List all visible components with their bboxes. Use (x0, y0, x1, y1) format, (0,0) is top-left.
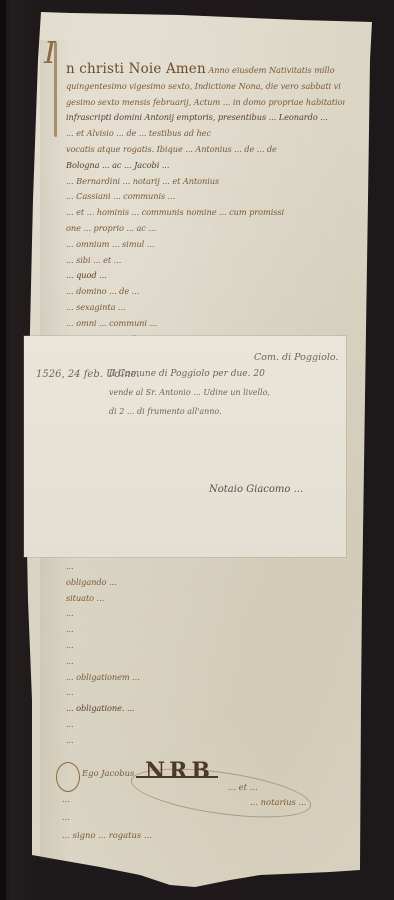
text-line: ... quod ... (66, 269, 344, 285)
ego-flourish-icon (56, 762, 80, 792)
body-text-bottom: ... obligando ... situato ... ... ... ..… (66, 560, 356, 750)
text-line: ... (66, 607, 344, 623)
text-line: infrascripti domini Antonij emptoris, pr… (66, 111, 344, 127)
notarial-sign-monogram: NRB (145, 758, 214, 784)
text-line: ... obligationem ... (66, 671, 344, 687)
incipit: n christi Noie Amen (66, 62, 206, 77)
text-line: ... (66, 655, 344, 671)
body-text-top: n christi Noie Amen Anno eiusdem Nativit… (66, 62, 356, 348)
label-summary-line: Il Comune di Poggiolo per due. 20 (109, 369, 265, 379)
text-line: quingentesimo vigesimo sexto, Indictione… (66, 80, 344, 96)
text-line: Bologna ... ac ... Jacobi ... (66, 159, 344, 175)
text-line: one ... proprio ... ac ... (66, 222, 344, 238)
label-summary-line: vende al Sr. Antonio ... Udine un livell… (109, 388, 270, 397)
decorated-initial: I (44, 36, 56, 71)
scan-edge (0, 0, 6, 900)
text-line: ... et Alvisio ... de ... testibus ad he… (66, 127, 344, 143)
text-line: ... Bernardini ... notarij ... et Antoni… (66, 175, 344, 191)
subscription-line: ... signo ... rogatus ... (62, 830, 152, 840)
text-line: ... (66, 639, 344, 655)
label-summary-line: di 2 ... di frumento all'anno. (109, 407, 222, 416)
incipit-line: n christi Noie Amen Anno eiusdem Nativit… (66, 62, 344, 80)
subscription-line: ... (62, 794, 70, 804)
text-line: obligando ... (66, 576, 344, 592)
text-line: ... (66, 560, 344, 576)
text-line: ... domino ... de ... (66, 285, 344, 301)
label-signature: Notaio Giacomo ... (209, 484, 303, 495)
text-line: ... omni ... communi ... (66, 317, 344, 333)
text-line: ... omnium ... simul ... (66, 238, 344, 254)
label-heading: Com. di Poggiolo. (254, 352, 338, 363)
incipit-continuation: Anno eiusdem Nativitatis millo (208, 66, 334, 76)
text-line: ... (66, 718, 344, 734)
text-line: vocatis atque rogatis. Ibique ... Antoni… (66, 143, 344, 159)
archival-label-slip: Com. di Poggiolo. 1526, 24 feb. Udine. I… (24, 336, 346, 557)
text-line: situato ... (66, 592, 344, 608)
text-line: ... et ... hominis ... communis nomine .… (66, 206, 344, 222)
text-line: gesimo sexto mensis februarij, Actum ...… (66, 96, 344, 112)
text-line: ... (66, 734, 344, 750)
subscription-line: ... (62, 812, 70, 822)
text-line: ... (66, 623, 344, 639)
text-line: ... sibi ... et ... (66, 254, 344, 270)
subscription-line: Ego Jacobus (82, 768, 134, 778)
text-line: ... (66, 686, 344, 702)
text-line: ... sexaginta ... (66, 301, 344, 317)
text-line: ... Cassiani ... communis ... (66, 190, 344, 206)
text-line: ... obligatione. ... (66, 702, 344, 718)
